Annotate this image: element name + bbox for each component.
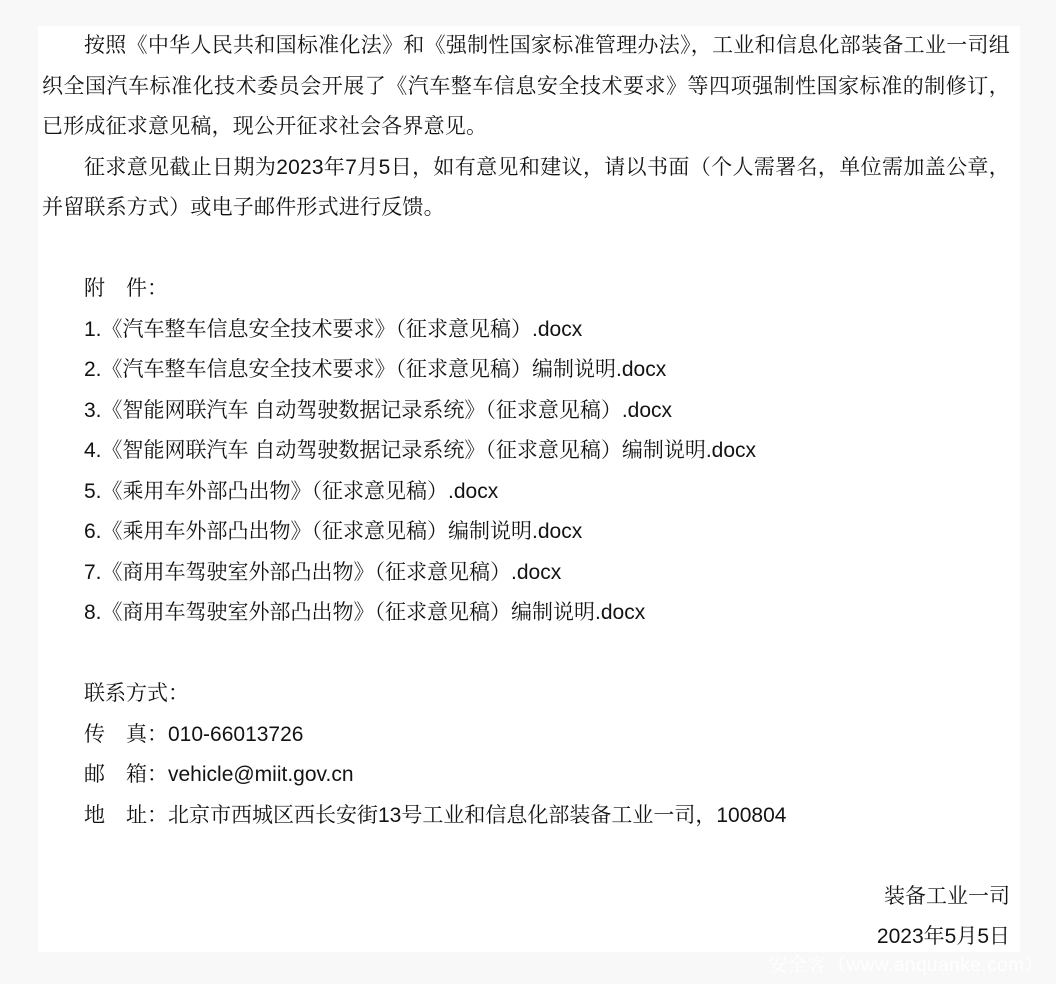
attachment-list: 1.《汽车整车信息安全技术要求》（征求意见稿）.docx 2.《汽车整车信息安全… bbox=[42, 310, 1010, 634]
spacer bbox=[42, 836, 1010, 877]
attachment-item-5[interactable]: 5.《乘用车外部凸出物》（征求意见稿）.docx bbox=[42, 472, 1010, 513]
page-background: { "page": { "background_color": "#f8f8f8… bbox=[0, 0, 1056, 984]
address-label: 地 址： bbox=[84, 804, 168, 827]
contact-fax-line: 传 真：010-66013726 bbox=[42, 715, 1010, 756]
attachment-item-4[interactable]: 4.《智能网联汽车 自动驾驶数据记录系统》（征求意见稿）编制说明.docx bbox=[42, 431, 1010, 472]
email-address: vehicle@miit.gov.cn bbox=[168, 763, 354, 786]
attachment-item-6[interactable]: 6.《乘用车外部凸出物》（征求意见稿）编制说明.docx bbox=[42, 512, 1010, 553]
contact-address-line: 地 址：北京市西城区西长安街13号工业和信息化部装备工业一司，100804 bbox=[42, 796, 1010, 837]
fax-number: 010-66013726 bbox=[168, 723, 303, 746]
fax-label: 传 真： bbox=[84, 723, 168, 746]
attachment-item-2[interactable]: 2.《汽车整车信息安全技术要求》（征求意见稿）编制说明.docx bbox=[42, 350, 1010, 391]
attachment-item-3[interactable]: 3.《智能网联汽车 自动驾驶数据记录系统》（征求意见稿）.docx bbox=[42, 391, 1010, 432]
site-watermark: 安全客（www.anquanke.com） bbox=[768, 950, 1044, 977]
attachments-heading: 附 件： bbox=[42, 269, 1010, 310]
address-text: 北京市西城区西长安街13号工业和信息化部装备工业一司，100804 bbox=[168, 804, 786, 827]
signature-department: 装备工业一司 bbox=[42, 877, 1010, 918]
attachment-item-1[interactable]: 1.《汽车整车信息安全技术要求》（征求意见稿）.docx bbox=[42, 310, 1010, 351]
spacer bbox=[42, 229, 1010, 270]
paragraph-deadline: 征求意见截止日期为2023年7月5日，如有意见和建议，请以书面（个人需署名，单位… bbox=[42, 148, 1010, 229]
spacer bbox=[42, 634, 1010, 675]
contact-heading: 联系方式： bbox=[42, 674, 1010, 715]
notice-document: 按照《中华人民共和国标准化法》和《强制性国家标准管理办法》，工业和信息化部装备工… bbox=[38, 26, 1020, 952]
email-label: 邮 箱： bbox=[84, 763, 168, 786]
contact-email-line: 邮 箱：vehicle@miit.gov.cn bbox=[42, 755, 1010, 796]
attachment-item-8[interactable]: 8.《商用车驾驶室外部凸出物》（征求意见稿）编制说明.docx bbox=[42, 593, 1010, 634]
attachment-item-7[interactable]: 7.《商用车驾驶室外部凸出物》（征求意见稿）.docx bbox=[42, 553, 1010, 594]
paragraph-intro: 按照《中华人民共和国标准化法》和《强制性国家标准管理办法》，工业和信息化部装备工… bbox=[42, 26, 1010, 148]
